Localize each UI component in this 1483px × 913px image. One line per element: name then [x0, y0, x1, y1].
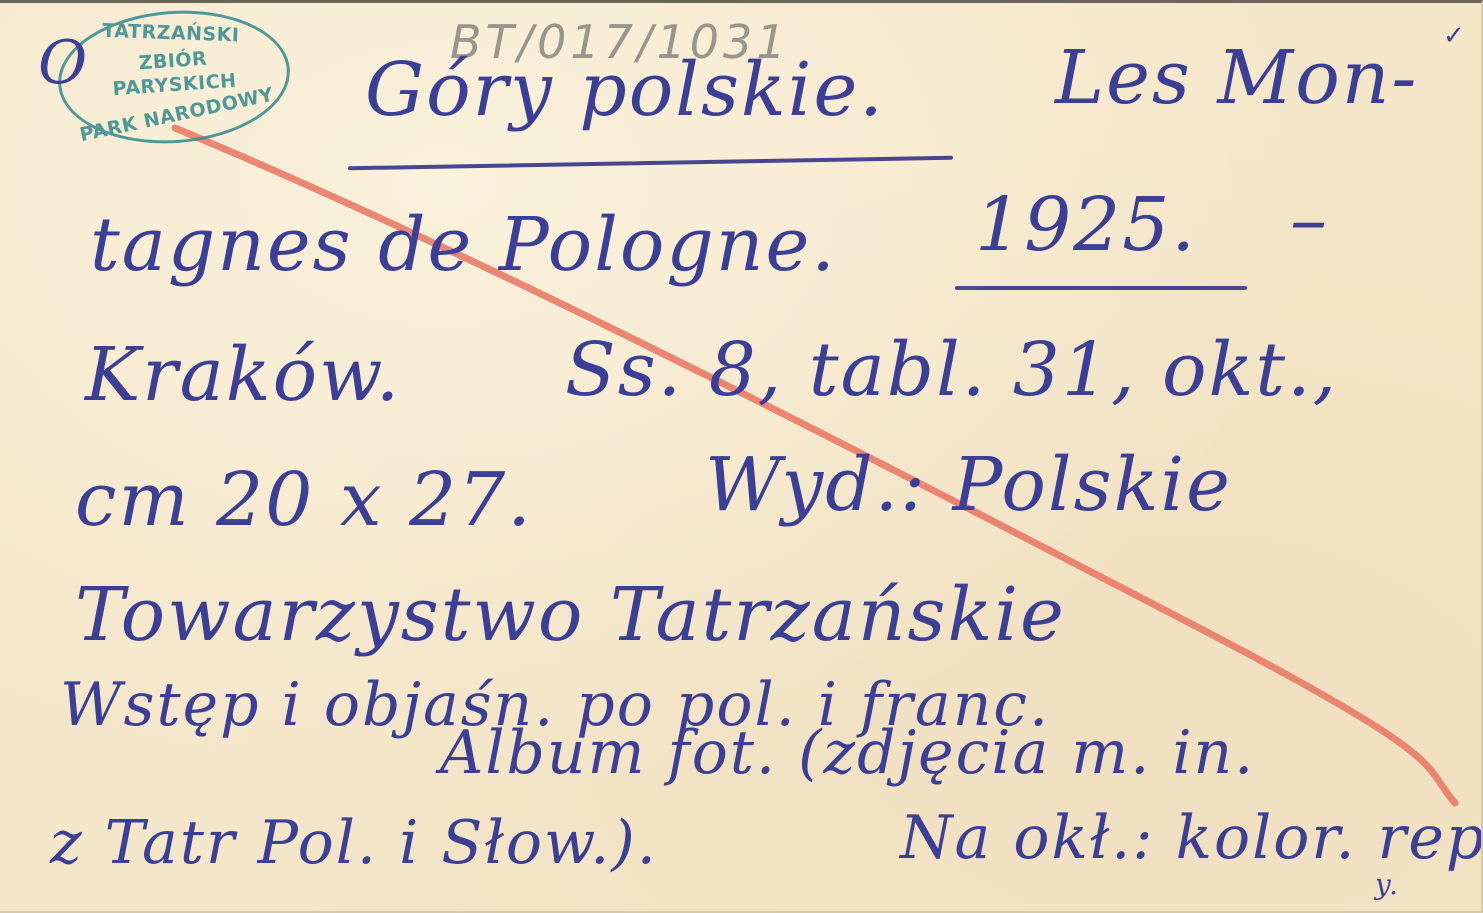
circle-mark: O — [38, 33, 89, 93]
library-stamp: TATRZAŃSKI ZBIÓR PARYSKICH PARK NARODOWY — [54, 3, 295, 151]
year-text: 1925. — [975, 188, 1197, 262]
title-text: Góry polskie. — [365, 53, 885, 127]
catalog-card: TATRZAŃSKI ZBIÓR PARYSKICH PARK NARODOWY… — [0, 0, 1483, 913]
check-mark-icon: ✓ — [1443, 21, 1465, 51]
pages-text: Ss. 8, tabl. 31, okt., — [565, 333, 1338, 407]
note-tatry: z Tatr Pol. i Słow.). — [50, 813, 658, 873]
title-fr-part2: tagnes de Pologne. — [90, 208, 837, 282]
place-text: Kraków. — [85, 338, 401, 412]
dash: – — [1290, 183, 1329, 257]
size-text: cm 20 x 27. — [75, 463, 533, 537]
year-underline — [955, 286, 1247, 290]
publisher-text-2: Towarzystwo Tatrzańskie — [75, 578, 1066, 652]
title-fr-part1: Les Mon- — [1055, 41, 1418, 115]
title-underline — [348, 156, 953, 171]
publisher-text-1: Wyd.: Polskie — [705, 448, 1232, 522]
note-cover: Na okł.: kolor. repro- — [900, 808, 1483, 868]
note-album: Album fot. (zdjęcia m. in. — [440, 723, 1255, 783]
note-cover-end: y. — [1375, 871, 1400, 899]
